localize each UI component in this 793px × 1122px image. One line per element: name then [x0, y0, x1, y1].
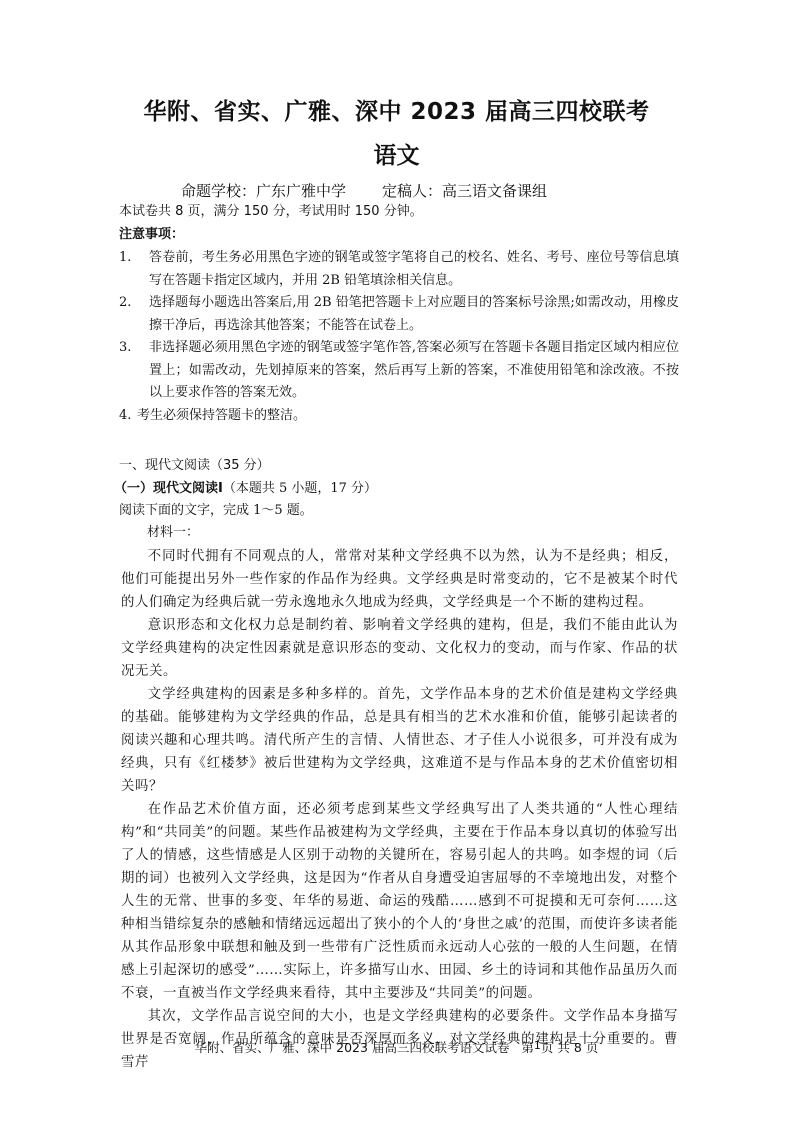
- note-item: 4. 考生必须保持答题卡的整洁。: [119, 405, 679, 428]
- footer-schools: 华附、省实、广雅、深中: [195, 1040, 333, 1055]
- article-paragraph: 意识形态和文化权力总是制约着、影响着文学经典的建构，但是，我们不能由此认为文学经…: [121, 614, 678, 683]
- exam-title: 华附、省实、广雅、深中 2023 届高三四校联考: [0, 97, 793, 127]
- note-text: 选择题每小题选出答案后,用 2B 铅笔把答题卡上对应题目的答案标号涂黑;如需改动…: [149, 295, 679, 333]
- note-number: 2.: [119, 292, 131, 315]
- footer-page-suffix: 页: [586, 1040, 599, 1055]
- footer-exam-name: 届高三四校联考语文试卷: [372, 1040, 510, 1055]
- article-paragraph: 在作品艺术价值方面，还必须考虑到某些文学经典写出了人类共通的“人性心理结构”和“…: [121, 798, 678, 1005]
- exam-subject: 语文: [0, 141, 793, 171]
- footer-page-current: 1: [534, 1039, 541, 1052]
- note-item: 2. 选择题每小题选出答案后,用 2B 铅笔把答题卡上对应题目的答案标号涂黑;如…: [119, 292, 679, 337]
- note-text: 非选择题必须用黑色字迹的钢笔或签字笔作答,答案必须写在答题卡各题目指定区域内相应…: [149, 340, 679, 400]
- footer-page-total: 8: [574, 1040, 582, 1055]
- note-item: 1. 答卷前，考生务必用黑色字迹的钢笔或签字笔将自己的校名、姓名、考号、座位号等…: [119, 247, 679, 292]
- article-body: 不同时代拥有不同观点的人，常常对某种文学经典不以为然，认为不是经典；相反，他们可…: [121, 545, 678, 1074]
- note-number: 3.: [119, 337, 131, 360]
- sub-heading-title: （一）现代文阅读Ⅰ: [114, 481, 223, 496]
- note-number: 1.: [119, 247, 131, 270]
- author-line: 命题学校：广东广雅中学定稿人：高三语文备课组: [181, 180, 547, 202]
- footer-year: 2023: [336, 1040, 368, 1055]
- sub-heading-note: （本题共 5 小题，17 分）: [223, 481, 377, 496]
- note-text: 答卷前，考生务必用黑色字迹的钢笔或签字笔将自己的校名、姓名、考号、座位号等信息填…: [149, 250, 679, 288]
- reading-instruction: 阅读下面的文字，完成 1～5 题。: [119, 501, 313, 521]
- finalizer: 定稿人：高三语文备课组: [382, 182, 547, 200]
- note-number: 4.: [119, 405, 131, 428]
- note-item: 3. 非选择题必须用黑色字迹的钢笔或签字笔作答,答案必须写在答题卡各题目指定区域…: [119, 337, 679, 405]
- footer-page-prefix: 第: [521, 1040, 534, 1055]
- page-footer: 华附、省实、广雅、深中 2023 届高三四校联考语文试卷 第1页 共 8 页: [0, 1036, 793, 1058]
- section-heading: 一、现代文阅读（35 分）: [119, 456, 270, 476]
- author-school: 命题学校：广东广雅中学: [181, 182, 346, 200]
- exam-page: 华附、省实、广雅、深中 2023 届高三四校联考 语文 命题学校：广东广雅中学定…: [0, 0, 793, 1122]
- notes-list: 1. 答卷前，考生务必用黑色字迹的钢笔或签字笔将自己的校名、姓名、考号、座位号等…: [119, 247, 679, 427]
- exam-info: 本试卷共 8 页，满分 150 分，考试用时 150 分钟。: [119, 202, 423, 222]
- article-paragraph: 文学经典建构的因素是多种多样的。首先，文学作品本身的艺术价值是建构文学经典的基础…: [121, 683, 678, 798]
- material-label: 材料一：: [147, 523, 199, 543]
- article-paragraph: 不同时代拥有不同观点的人，常常对某种文学经典不以为然，认为不是经典；相反，他们可…: [121, 545, 678, 614]
- notes-heading: 注意事项：: [119, 225, 184, 245]
- sub-heading: （一）现代文阅读Ⅰ（本题共 5 小题，17 分）: [114, 479, 377, 499]
- note-text: 考生必须保持答题卡的整洁。: [137, 408, 306, 423]
- footer-page-mid: 页 共: [541, 1040, 570, 1055]
